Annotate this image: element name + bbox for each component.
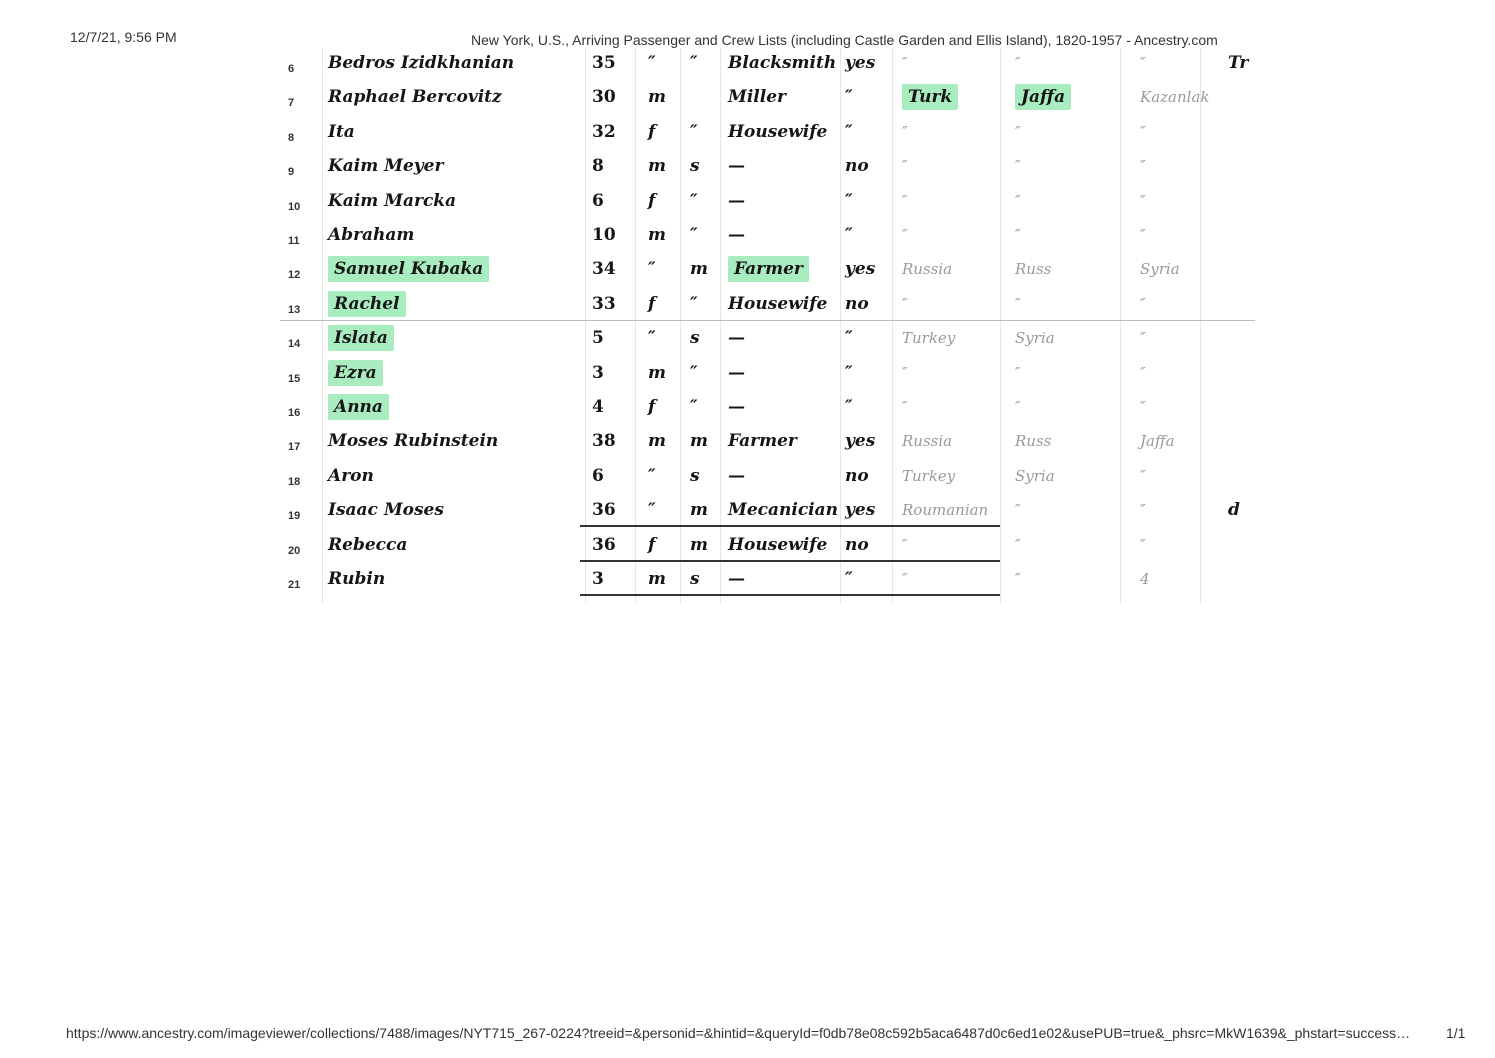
passenger-name: Aron — [328, 463, 374, 489]
read-write: yes — [845, 428, 875, 454]
sex: ″ — [648, 256, 656, 282]
age: 6 — [592, 188, 604, 214]
read-write: ″ — [845, 119, 853, 145]
line-number: 12 — [288, 262, 300, 288]
nationality: Russia — [902, 256, 952, 282]
last-residence: ″ — [1140, 463, 1146, 489]
nationality: Turkey — [902, 325, 955, 351]
marital-status: ″ — [690, 360, 698, 386]
nationality: ″ — [902, 222, 908, 248]
age: 35 — [592, 50, 616, 76]
print-page-number: 1/1 — [1446, 1025, 1465, 1041]
race: Syria — [1015, 463, 1055, 489]
last-residence: ″ — [1140, 497, 1146, 523]
print-source-url: https://www.ancestry.com/imageviewer/col… — [66, 1025, 1410, 1041]
manifest-row: 7Raphael Bercovitz30mMiller″TurkJaffaKaz… — [280, 82, 1255, 116]
marital-status: ″ — [690, 50, 698, 76]
line-number: 18 — [288, 469, 300, 495]
marital-status: ″ — [690, 119, 698, 145]
marital-status: m — [690, 497, 708, 523]
race: Syria — [1015, 325, 1055, 351]
occupation: — — [728, 325, 745, 351]
age: 3 — [592, 360, 604, 386]
line-number: 6 — [288, 56, 294, 82]
manifest-row: 18Aron6″s—noTurkeySyria″ — [280, 461, 1255, 495]
race: ″ — [1015, 394, 1021, 420]
read-write: ″ — [845, 188, 853, 214]
nationality: ″ — [902, 360, 908, 386]
manifest-row: 20Rebecca36fmHousewifeno″″″ — [280, 530, 1255, 564]
manifest-row: 10Kaim Marcka6f″—″″″″ — [280, 186, 1255, 220]
line-number: 19 — [288, 503, 300, 529]
race: ″ — [1015, 153, 1021, 179]
last-residence: ″ — [1140, 325, 1146, 351]
age: 38 — [592, 428, 616, 454]
last-residence: Jaffa — [1140, 428, 1175, 454]
line-number: 7 — [288, 90, 294, 116]
passenger-name: Rubin — [328, 566, 385, 592]
age: 36 — [592, 497, 616, 523]
occupation: Housewife — [728, 119, 827, 145]
manifest-row: 8Ita32f″Housewife″″″″ — [280, 117, 1255, 151]
last-residence: ″ — [1140, 50, 1146, 76]
occupation: Housewife — [728, 532, 827, 558]
sex: m — [648, 566, 666, 592]
read-write: yes — [845, 497, 875, 523]
line-number: 13 — [288, 297, 300, 323]
manifest-row: 17Moses Rubinstein38mmFarmeryesRussiaRus… — [280, 426, 1255, 460]
age: 5 — [592, 325, 604, 351]
age: 30 — [592, 84, 616, 110]
occupation: Farmer — [728, 428, 797, 454]
last-residence: ″ — [1140, 532, 1146, 558]
race: ″ — [1015, 291, 1021, 317]
read-write: ″ — [845, 222, 853, 248]
nationality: Roumanian — [902, 497, 988, 523]
race: ″ — [1015, 119, 1021, 145]
passenger-name: Ita — [328, 119, 355, 145]
sex: ″ — [648, 497, 656, 523]
read-write: ″ — [845, 394, 853, 420]
marital-status: ″ — [690, 291, 698, 317]
sex: ″ — [648, 463, 656, 489]
sex: f — [648, 188, 655, 214]
read-write: no — [845, 291, 869, 317]
race: ″ — [1015, 188, 1021, 214]
nationality: ″ — [902, 394, 908, 420]
manifest-row: 13Rachel33f″Housewifeno″″″ — [280, 289, 1255, 323]
race: ″ — [1015, 360, 1021, 386]
passenger-name: Kaim Marcka — [328, 188, 456, 214]
age: 33 — [592, 291, 616, 317]
marital-status: ″ — [690, 394, 698, 420]
manifest-row: 12Samuel Kubaka34″mFarmeryesRussiaRussSy… — [280, 254, 1255, 288]
passenger-name: Abraham — [328, 222, 414, 248]
passenger-name: Rachel — [328, 291, 406, 317]
nationality: ″ — [902, 119, 908, 145]
passenger-name: Moses Rubinstein — [328, 428, 498, 454]
age: 32 — [592, 119, 616, 145]
marital-status: ″ — [690, 188, 698, 214]
marital-status: ″ — [690, 222, 698, 248]
manifest-row: 21Rubin3ms—″″″4 — [280, 564, 1255, 598]
read-write: yes — [845, 256, 875, 282]
marital-status: s — [690, 463, 700, 489]
race: Jaffa — [1015, 84, 1071, 110]
read-write: no — [845, 463, 869, 489]
passenger-name: Islata — [328, 325, 394, 351]
passenger-name: Bedros Izidkhanian — [328, 50, 514, 76]
read-write: ″ — [845, 84, 853, 110]
extra-note: d — [1228, 497, 1240, 523]
sex: m — [648, 428, 666, 454]
nationality: ″ — [902, 188, 908, 214]
race: ″ — [1015, 497, 1021, 523]
race: Russ — [1015, 256, 1051, 282]
sex: m — [648, 84, 666, 110]
last-residence: ″ — [1140, 291, 1146, 317]
manifest-scan-image: 6Bedros Izidkhanian35″″Blacksmithyes″″″T… — [280, 48, 1255, 603]
race: ″ — [1015, 566, 1021, 592]
passenger-name: Ezra — [328, 360, 383, 386]
marital-status: m — [690, 256, 708, 282]
occupation: Housewife — [728, 291, 827, 317]
marital-status: s — [690, 153, 700, 179]
sex: f — [648, 394, 655, 420]
occupation: Mecanician — [728, 497, 838, 523]
line-number: 21 — [288, 572, 300, 598]
occupation: Blacksmith — [728, 50, 836, 76]
last-residence: ″ — [1140, 188, 1146, 214]
nationality: ″ — [902, 153, 908, 179]
line-number: 17 — [288, 434, 300, 460]
age: 3 — [592, 566, 604, 592]
age: 34 — [592, 256, 616, 282]
passenger-name: Rebecca — [328, 532, 407, 558]
nationality: ″ — [902, 566, 908, 592]
marital-status: s — [690, 325, 700, 351]
passenger-name: Raphael Bercovitz — [328, 84, 502, 110]
line-number: 9 — [288, 159, 294, 185]
race: Russ — [1015, 428, 1051, 454]
sex: ″ — [648, 325, 656, 351]
sex: f — [648, 119, 655, 145]
nationality: Russia — [902, 428, 952, 454]
manifest-row: 6Bedros Izidkhanian35″″Blacksmithyes″″″T… — [280, 48, 1255, 82]
occupation: — — [728, 188, 745, 214]
nationality: Turk — [902, 84, 958, 110]
sex: f — [648, 291, 655, 317]
occupation: — — [728, 463, 745, 489]
occupation: — — [728, 566, 745, 592]
line-number: 10 — [288, 194, 300, 220]
last-residence: ″ — [1140, 360, 1146, 386]
occupation: Farmer — [728, 256, 809, 282]
print-page-title: New York, U.S., Arriving Passenger and C… — [471, 32, 1218, 48]
occupation: — — [728, 153, 745, 179]
sex: m — [648, 222, 666, 248]
read-write: yes — [845, 50, 875, 76]
extra-note: Tr — [1228, 50, 1248, 76]
sex: f — [648, 532, 655, 558]
strike-through-line — [580, 525, 1000, 527]
occupation: — — [728, 394, 745, 420]
age: 36 — [592, 532, 616, 558]
read-write: ″ — [845, 360, 853, 386]
age: 6 — [592, 463, 604, 489]
passenger-name: Anna — [328, 394, 389, 420]
line-number: 20 — [288, 538, 300, 564]
age: 8 — [592, 153, 604, 179]
last-residence: 4 — [1140, 566, 1150, 592]
passenger-name: Isaac Moses — [328, 497, 444, 523]
passenger-name: Samuel Kubaka — [328, 256, 489, 282]
passenger-name: Kaim Meyer — [328, 153, 443, 179]
sex: m — [648, 360, 666, 386]
last-residence: ″ — [1140, 119, 1146, 145]
line-number: 11 — [288, 228, 300, 254]
marital-status: m — [690, 428, 708, 454]
nationality: ″ — [902, 50, 908, 76]
read-write: ″ — [845, 325, 853, 351]
sex: ″ — [648, 50, 656, 76]
age: 4 — [592, 394, 604, 420]
read-write: no — [845, 532, 869, 558]
marital-status: s — [690, 566, 700, 592]
marital-status: m — [690, 532, 708, 558]
manifest-row: 15Ezra3m″—″″″″ — [280, 358, 1255, 392]
strike-through-line — [580, 594, 1000, 596]
line-number: 8 — [288, 125, 294, 151]
race: ″ — [1015, 222, 1021, 248]
line-number: 15 — [288, 366, 300, 392]
read-write: ″ — [845, 566, 853, 592]
occupation: — — [728, 222, 745, 248]
strike-through-line — [580, 560, 1000, 562]
print-date-time: 12/7/21, 9:56 PM — [70, 29, 177, 45]
sex: m — [648, 153, 666, 179]
manifest-row: 14Islata5″s—″TurkeySyria″ — [280, 323, 1255, 357]
last-residence: ″ — [1140, 153, 1146, 179]
read-write: no — [845, 153, 869, 179]
nationality: Turkey — [902, 463, 955, 489]
nationality: ″ — [902, 532, 908, 558]
last-residence: ″ — [1140, 222, 1146, 248]
last-residence: Kazanlak — [1140, 84, 1210, 110]
occupation: Miller — [728, 84, 786, 110]
manifest-row: 16Anna4f″—″″″″ — [280, 392, 1255, 426]
manifest-row: 19Isaac Moses36″mMecanicianyesRoumanian″… — [280, 495, 1255, 529]
manifest-row: 9Kaim Meyer8ms—no″″″ — [280, 151, 1255, 185]
line-number: 14 — [288, 331, 300, 357]
age: 10 — [592, 222, 616, 248]
occupation: — — [728, 360, 745, 386]
race: ″ — [1015, 532, 1021, 558]
last-residence: Syria — [1140, 256, 1180, 282]
last-residence: ″ — [1140, 394, 1146, 420]
nationality: ″ — [902, 291, 908, 317]
line-number: 16 — [288, 400, 300, 426]
manifest-row: 11Abraham10m″—″″″″ — [280, 220, 1255, 254]
race: ″ — [1015, 50, 1021, 76]
